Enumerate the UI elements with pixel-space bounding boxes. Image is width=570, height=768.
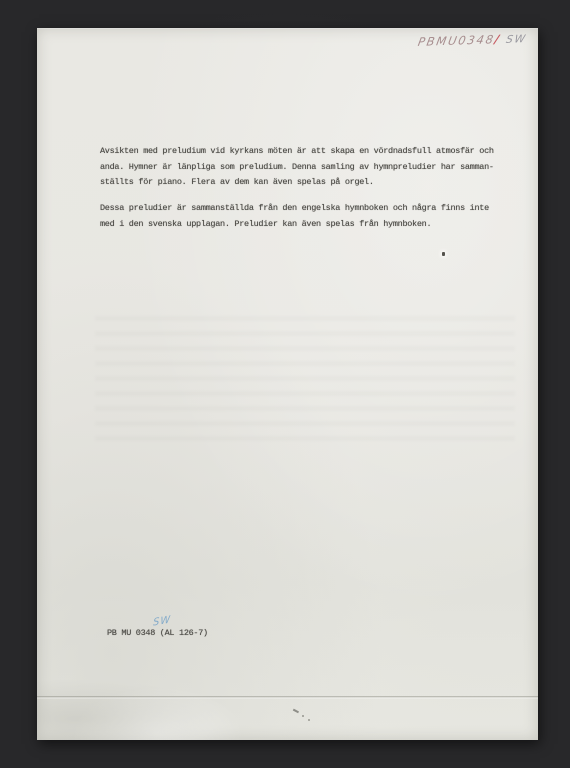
paper-crease-bottom-left (37, 668, 257, 740)
pencil-dot (308, 719, 310, 721)
ink-speck (442, 252, 445, 256)
fold-crease-line (37, 696, 538, 699)
handwritten-initials: SW (505, 33, 528, 46)
typed-line: ställts för piano. Flera av dem kan även… (100, 175, 494, 191)
reverse-side-show-through (95, 316, 515, 446)
catalog-number: PB MU 0348 (AL 126-7) (107, 626, 208, 642)
pencil-dot (302, 715, 304, 717)
document-page: PBMU0348/ SW Avsikten med preludium vid … (37, 28, 538, 740)
handwritten-code-text: PBMU0348 (417, 32, 496, 49)
paragraph-1: Avsikten med preludium vid kyrkans möten… (100, 144, 494, 191)
handwritten-catalog-code: PBMU0348/ SW (417, 31, 528, 49)
typed-line: Dessa preludier är sammanställda från de… (100, 201, 489, 217)
typed-line: Avsikten med preludium vid kyrkans möten… (100, 144, 494, 160)
paragraph-2: Dessa preludier är sammanställda från de… (100, 201, 489, 232)
pencil-marks (293, 709, 315, 723)
typed-line: anda. Hymner är länpliga som preludium. … (100, 160, 494, 176)
scan-background: PBMU0348/ SW Avsikten med preludium vid … (0, 0, 570, 768)
pencil-stroke (293, 709, 299, 713)
typed-line: med i den svenska upplagan. Preludier ka… (100, 217, 489, 233)
handwritten-slash: / (494, 32, 502, 46)
